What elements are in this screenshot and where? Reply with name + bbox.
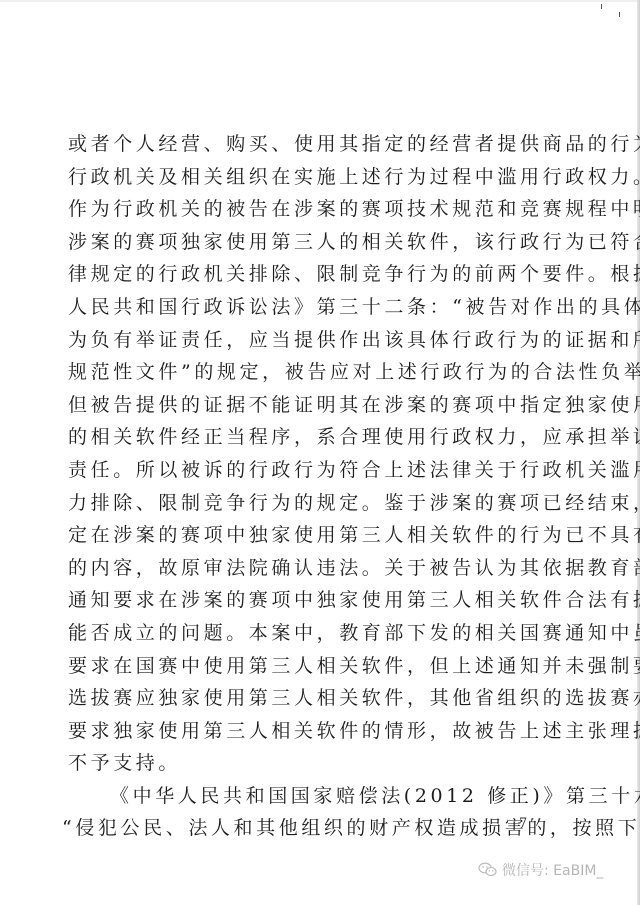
- text-line: 责任。所以被诉的行政行为符合上述法律关于行政机关滥用行政权: [68, 454, 528, 487]
- watermark: 微信号: EaBIM_: [478, 860, 603, 880]
- text-line: 但被告提供的证据不能证明其在涉案的赛项中指定独家使用第三人: [68, 389, 528, 422]
- text-line: 定在涉案的赛项中独家使用第三人相关软件的行为已不具有可撤销: [68, 519, 528, 552]
- text-line: “侵犯公民、法人和其他组织的财产权造成损害的，按照下列规定: [62, 812, 528, 845]
- text-line: 选拔赛应独家使用第三人相关软件，其他省组织的选拔赛亦存在不: [68, 682, 528, 715]
- text-line: 的内容，故原审法院确认违法。关于被告认为其依据教育部下发的: [68, 552, 528, 585]
- text-line: 人民共和国行政诉讼法》第三十二条：“被告对作出的具体行政行: [68, 291, 528, 324]
- text-line: 要求在国赛中使用第三人相关软件，但上述通知并未强制要求各省: [68, 650, 528, 683]
- paragraph: 或者个人经营、购买、使用其指定的经营者提供商品的行为；三是 行政机关及相关组织在…: [68, 128, 528, 780]
- scan-mark: [619, 12, 620, 17]
- text-line: 作为行政机关的被告在涉案的赛项技术规范和竞赛规程中明确指定: [68, 193, 528, 226]
- page-number: 7: [519, 816, 527, 831]
- text-line: 不予支持。: [68, 747, 528, 780]
- document-body: 或者个人经营、购买、使用其指定的经营者提供商品的行为；三是 行政机关及相关组织在…: [68, 128, 528, 845]
- watermark-text: 微信号: EaBIM_: [502, 860, 603, 880]
- text-line: 《中华人民共和国国家赔偿法(2012 修正)》第三十六条规定：: [68, 780, 528, 813]
- page-edge-top: [0, 0, 640, 2]
- text-line: 的相关软件经正当程序，系合理使用行政权力，应承担举证不能的: [68, 421, 528, 454]
- text-line: 律规定的行政机关排除、限制竞争行为的前两个要件。根据《中华: [68, 258, 528, 291]
- text-line: 能否成立的问题。本案中，教育部下发的相关国赛通知中虽然明确: [68, 617, 528, 650]
- text-line: 规范性文件”的规定，被告应对上述行政行为的合法性负举证责任，: [68, 356, 528, 389]
- text-line: 或者个人经营、购买、使用其指定的经营者提供商品的行为；三是: [68, 128, 528, 161]
- text-line: 为负有举证责任，应当提供作出该具体行政行为的证据和所依据的: [68, 324, 528, 357]
- text-line: 通知要求在涉案的赛项中独家使用第三人相关软件合法有据之主张: [68, 584, 528, 617]
- text-line: 力排除、限制竞争行为的规定。鉴于涉案的赛项已经结束，被告指: [68, 487, 528, 520]
- text-line: 要求独家使用第三人相关软件的情形，故被告上述主张理据不足，: [68, 715, 528, 748]
- wechat-icon: [478, 862, 498, 878]
- text-line: 涉案的赛项独家使用第三人的相关软件，该行政行为已符合上述法: [68, 226, 528, 259]
- paragraph: 《中华人民共和国国家赔偿法(2012 修正)》第三十六条规定： “侵犯公民、法人…: [68, 780, 528, 845]
- text-line: 行政机关及相关组织在实施上述行为过程中滥用行政权力。本案中，: [68, 161, 528, 194]
- scan-mark: [601, 4, 602, 9]
